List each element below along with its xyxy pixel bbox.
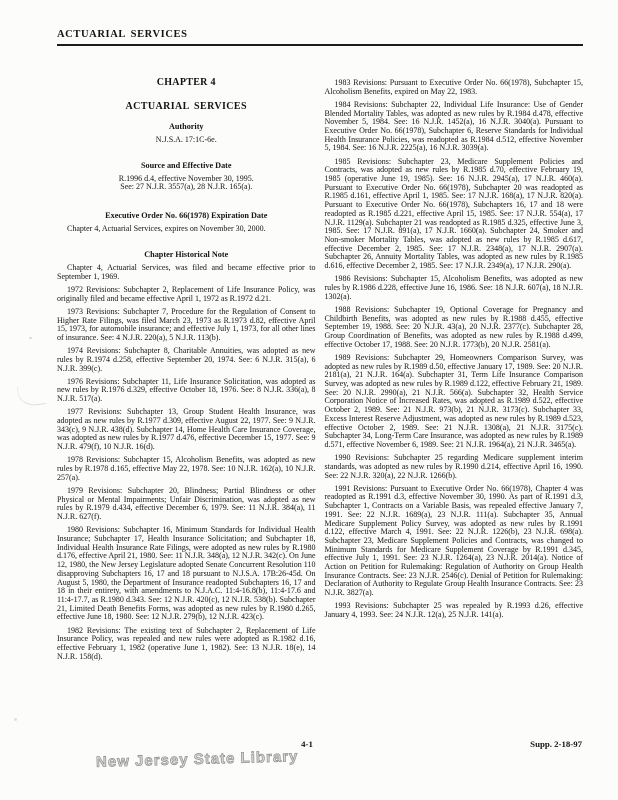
scan-smudge-dot <box>29 337 32 339</box>
revision-paragraph-1978: 1978 Revisions: Subchapter 15, Alcoholis… <box>57 456 316 482</box>
document-page: ACTUARIAL SERVICES CHAPTER 4 ACTUARIAL S… <box>0 0 618 800</box>
revision-paragraph-1977: 1977 Revisions: Subchapter 13, Group Stu… <box>57 408 316 452</box>
scan-smudge-dot <box>14 718 17 721</box>
chapter-historical-note-heading: Chapter Historical Note <box>57 251 316 260</box>
library-stamp: New Jersey State Library <box>96 748 299 771</box>
revision-paragraph-1982: 1982 Revisions: The existing text of Sub… <box>57 627 316 662</box>
revision-paragraph-1989: 1989 Revisions: Subchapter 29, Homeowner… <box>325 354 584 450</box>
source-see-citation: See: 27 N.J.R. 3557(a), 28 N.J.R. 165(a)… <box>57 183 316 192</box>
running-header-title: ACTUARIAL SERVICES <box>57 29 188 40</box>
source-effective-date-heading: Source and Effective Date <box>57 162 316 171</box>
revision-paragraph-1979: 1979 Revisions: Subchapter 20, Blindness… <box>57 487 316 522</box>
right-column: 1983 Revisions: Pursuant to Executive Or… <box>325 76 584 661</box>
executive-order-expiration-heading: Executive Order No. 66(1978) Expiration … <box>57 212 316 221</box>
two-column-body: CHAPTER 4 ACTUARIAL SERVICES Authority N… <box>57 76 583 661</box>
revision-paragraph-1986: 1986 Revisions: Subchapter 15, Alcoholis… <box>325 275 584 301</box>
authority-heading: Authority <box>57 123 316 132</box>
revision-paragraph-1993: 1993 Revisions: Subchapter 25 was repeal… <box>325 602 584 619</box>
revision-paragraph-1985: 1985 Revisions: Subchapter 23, Medicare … <box>325 158 584 271</box>
revision-paragraph-1976: 1976 Revisions: Subchapter 11, Life Insu… <box>57 378 316 404</box>
left-column: CHAPTER 4 ACTUARIAL SERVICES Authority N… <box>57 76 316 661</box>
revision-paragraph-1988: 1988 Revisions: Subchapter 19, Optional … <box>325 306 584 350</box>
revision-paragraph-1980: 1980 Revisions: Subchapter 16, Minimum S… <box>57 526 316 622</box>
revision-paragraph-1984: 1984 Revisions: Subchapter 22, Individua… <box>325 101 584 153</box>
revision-paragraph-1991: 1991 Revisions: Pursuant to Executive Or… <box>325 485 584 598</box>
expiration-paragraph: Chapter 4, Actuarial Services, expires o… <box>57 225 316 234</box>
chapter-number-heading: CHAPTER 4 <box>57 79 316 88</box>
scan-smudge-arc <box>17 383 47 408</box>
header-rule <box>57 44 583 46</box>
page-number: 4-1 <box>57 739 557 749</box>
historical-intro-paragraph: Chapter 4, Actuarial Services, was filed… <box>57 264 316 281</box>
revision-paragraph-1990: 1990 Revisions: Subchapter 25 regarding … <box>325 454 584 480</box>
supplement-date: Supp. 2-18-97 <box>530 739 582 749</box>
revision-paragraph-1972: 1972 Revisions: Subchapter 2, Replacemen… <box>57 286 316 303</box>
authority-citation: N.J.S.A. 17:1C-6e. <box>57 136 316 145</box>
revision-paragraph-1974: 1974 Revisions: Subchapter 8, Charitable… <box>57 347 316 373</box>
revision-paragraph-1983: 1983 Revisions: Pursuant to Executive Or… <box>325 79 584 96</box>
revision-paragraph-1973: 1973 Revisions: Subchapter 7, Procedure … <box>57 308 316 343</box>
chapter-title-heading: ACTUARIAL SERVICES <box>57 103 316 112</box>
